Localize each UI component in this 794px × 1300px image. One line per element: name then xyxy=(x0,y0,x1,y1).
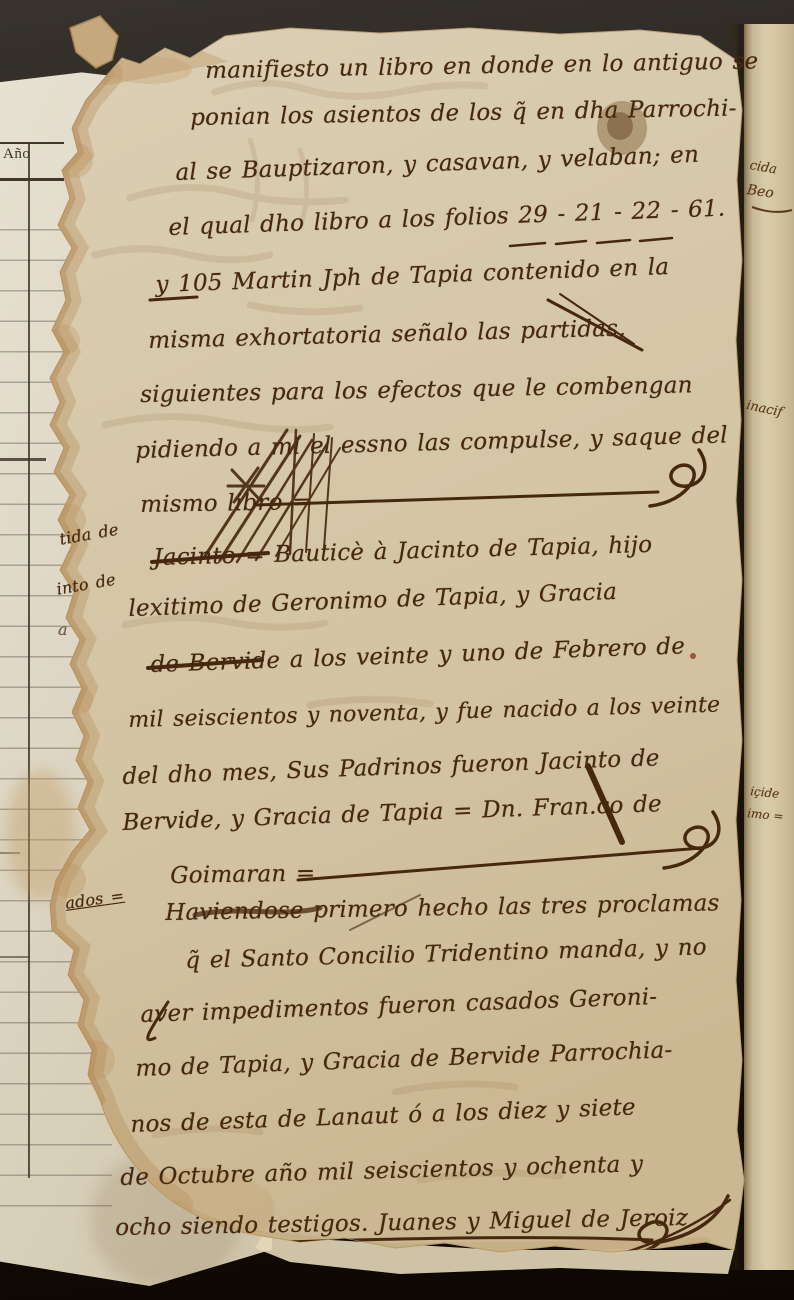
manuscript-line: aver impedimentos fueron casados Geroni- xyxy=(140,984,658,1028)
manuscript-line: siguientes para los efectos que le combe… xyxy=(140,372,693,408)
manuscript-line: manifiesto un libro en donde en lo antig… xyxy=(205,48,759,84)
manuscript-line: el qual dho libro a los folios 29 - 21 -… xyxy=(168,196,726,241)
manuscript-line: y 105 Martin Jph de Tapia contenido en l… xyxy=(155,254,670,298)
margin-note: into de xyxy=(55,570,117,599)
page-fragment-text: inacif xyxy=(745,398,784,420)
manuscript-line: Haviendose primero hecho las tres procla… xyxy=(165,890,720,926)
page-fragment-text: cida xyxy=(748,158,778,178)
manuscript-line: misma exhortatoria señalo las partidas, xyxy=(148,316,626,354)
margin-note: ados = xyxy=(64,886,125,913)
page-fragment-text: Beo xyxy=(746,182,775,202)
handwriting-text-layer: manifiesto un libro en donde en lo antig… xyxy=(0,0,794,1300)
manuscript-line: q̃ el Santo Concilio Tridentino manda, y… xyxy=(185,934,707,974)
manuscript-line: ponian los asientos de los q̃ en dha Par… xyxy=(190,95,737,131)
book-photo: Año xyxy=(0,0,794,1300)
manuscript-line: pidiendo a mi el essno las compulse, y s… xyxy=(135,422,728,464)
manuscript-line: mismo libro = xyxy=(140,489,312,518)
manuscript-line: de Octubre año mil seiscientos y ochenta… xyxy=(120,1151,643,1191)
manuscript-line: al se Bauptizaron, y casavan, y velaban;… xyxy=(175,142,699,186)
manuscript-line: Jacinto = Bauticè à Jacinto de Tapia, hi… xyxy=(153,532,653,571)
manuscript-line: Goimaran = xyxy=(170,860,316,889)
page-fragment-text: içide xyxy=(750,784,780,801)
manuscript-line: lexitimo de Geronimo de Tapia, y Gracia xyxy=(128,579,618,622)
manuscript-line: ocho siendo testigos. Juanes y Miguel de… xyxy=(115,1205,688,1241)
page-fragment-text: imo = xyxy=(747,806,785,824)
manuscript-line: Bervide, y Gracia de Tapia = Dn. Fran.co… xyxy=(122,791,662,836)
manuscript-line: nos de esta de Lanaut ó a los diez y sie… xyxy=(130,1094,636,1138)
manuscript-line: de Bervide a los veinte y uno de Febrero… xyxy=(150,633,685,678)
manuscript-line: del dho mes, Sus Padrinos fueron Jacinto… xyxy=(122,745,660,790)
manuscript-line: mil seiscientos y noventa, y fue nacido … xyxy=(128,692,721,732)
manuscript-line: mo de Tapia, y Gracia de Bervide Parroch… xyxy=(135,1037,673,1082)
margin-note: tida de xyxy=(58,520,120,549)
margin-note: a xyxy=(58,620,68,639)
